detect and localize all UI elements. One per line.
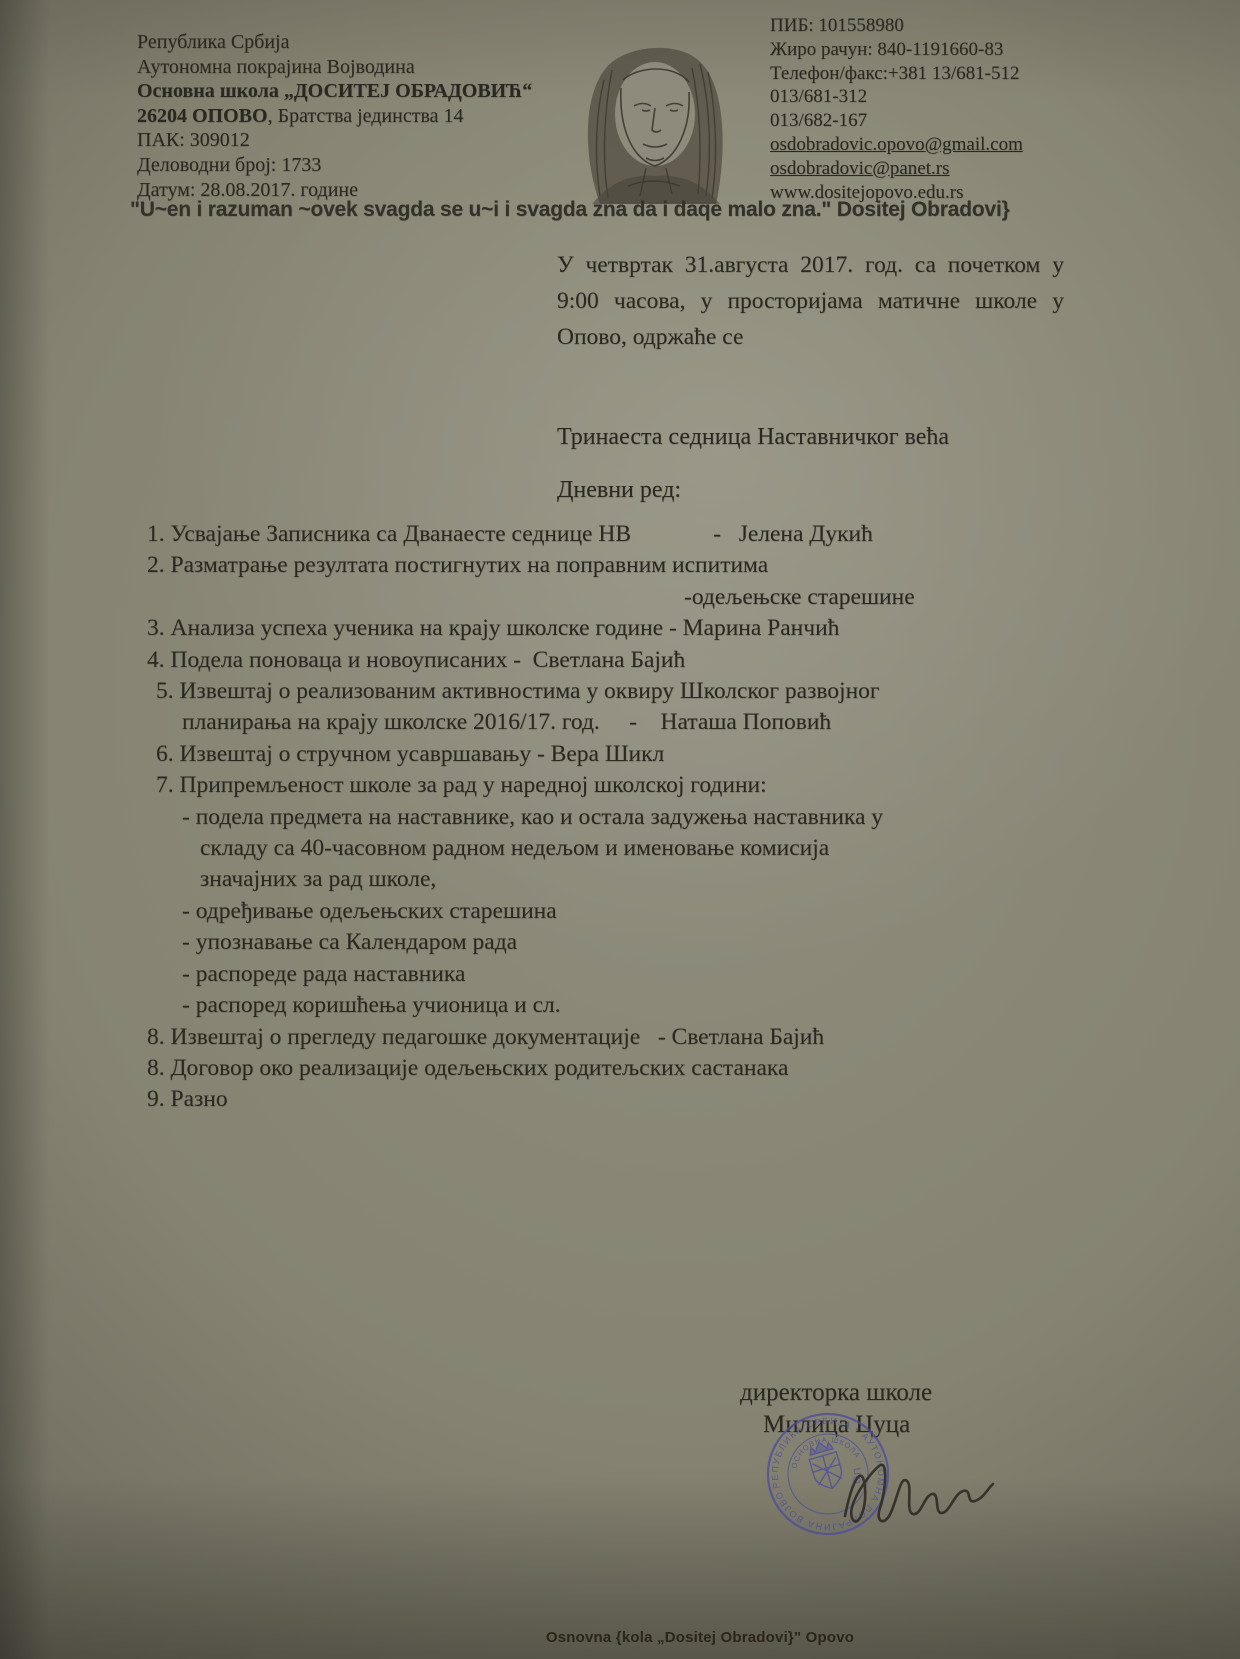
agenda-line: - одређивање одељењских старешина	[182, 896, 1052, 927]
pak-line: ПАК: 309012	[137, 128, 532, 153]
agenda-line: складу са 40-часовном радном недељом и и…	[200, 833, 1052, 864]
letterhead-right: ПИБ: 101558980 Жиро рачун: 840-1191660-8…	[770, 14, 1023, 204]
country-line: Република Србија	[137, 30, 532, 55]
address-line: 26204 ОПОВО, Братства јединства 14	[137, 104, 532, 129]
phone-line-3: 013/682-167	[770, 109, 1023, 133]
agenda-line: 7. Припремљеност школе за рад у наредној…	[156, 770, 1052, 801]
agenda-line: 5. Извештај о реализованим активностима …	[156, 676, 1052, 707]
protocol-number-line: Деловодни број: 1733	[137, 153, 532, 178]
agenda-line: 3. Анализа успеха ученика на крају школс…	[147, 613, 1052, 644]
phone-line-2: 013/681-312	[770, 85, 1023, 109]
school-name-line: Основна школа „ДОСИТЕЈ ОБРАДОВИЋ“	[137, 79, 532, 104]
school-motto: "U~en i razuman ~ovek svagda se u~i i sv…	[130, 198, 1110, 222]
session-title: Тринаеста седница Наставничког већа	[557, 424, 949, 451]
agenda-line: 2. Разматрање резултата постигнутих на п…	[147, 550, 1052, 581]
email-gmail: osdobradovic.opovo@gmail.com	[770, 133, 1023, 157]
agenda-line: 8. Извештај о прегледу педагошке докумен…	[147, 1022, 1052, 1053]
agenda-line: 8. Договор око реализације одељењских ро…	[147, 1053, 1052, 1084]
school-name-prefix: Основна школа	[137, 80, 284, 102]
document-photo: Република Србија Аутономна покрајина Вој…	[0, 0, 1240, 1659]
agenda-line: 9. Разно	[147, 1084, 1052, 1115]
street-address: , Братства јединства 14	[268, 105, 464, 127]
agenda-line: - упознавање са Календаром рада	[182, 927, 1052, 958]
phone-fax-line: Телефон/факс:+381 13/681-512	[770, 62, 1023, 86]
postal-town: 26204 ОПОВО	[137, 105, 268, 127]
agenda-heading: Дневни ред:	[557, 477, 681, 504]
agenda-line: - подела предмета на наставнике, као и о…	[182, 802, 1052, 833]
agenda-line: 6. Извештај о стручном усавршавању - Вер…	[156, 739, 1052, 770]
email-panet: osdobradovic@panet.rs	[770, 157, 1023, 181]
letterhead-left: Република Србија Аутономна покрајина Вој…	[137, 30, 532, 202]
agenda-list: 1. Усвајање Записника са Дванаесте седни…	[147, 519, 1052, 1116]
agenda-line: 4. Подела поноваца и новоуписаних - Свет…	[147, 645, 1052, 676]
agenda-line: - распоред коришћења учионица и сл.	[182, 990, 1052, 1021]
agenda-line: планирања на крају школске 2016/17. год.…	[182, 707, 1052, 738]
dositej-obradovic-portrait	[542, 26, 762, 204]
footer-school-imprint: Osnovna {kola „Dositej Obradovi}" Opovo	[450, 1629, 950, 1646]
agenda-line: -одељењске старешине	[684, 582, 1052, 613]
province-line: Аутономна покрајина Војводина	[137, 55, 532, 80]
agenda-line: 1. Усвајање Записника са Дванаесте седни…	[147, 519, 1052, 550]
bank-account-line: Жиро рачун: 840-1191660-83	[770, 38, 1023, 62]
portrait-drawing	[588, 48, 723, 204]
agenda-line: - распореде рада наставника	[182, 959, 1052, 990]
school-name: „ДОСИТЕЈ ОБРАДОВИЋ“	[284, 80, 532, 102]
intro-paragraph: У четвртак 31.августа 2017. год. са поче…	[557, 247, 1064, 356]
agenda-line: значајних за рад школе,	[200, 864, 1052, 895]
pib-line: ПИБ: 101558980	[770, 14, 1023, 38]
handwritten-signature	[833, 1438, 1013, 1538]
